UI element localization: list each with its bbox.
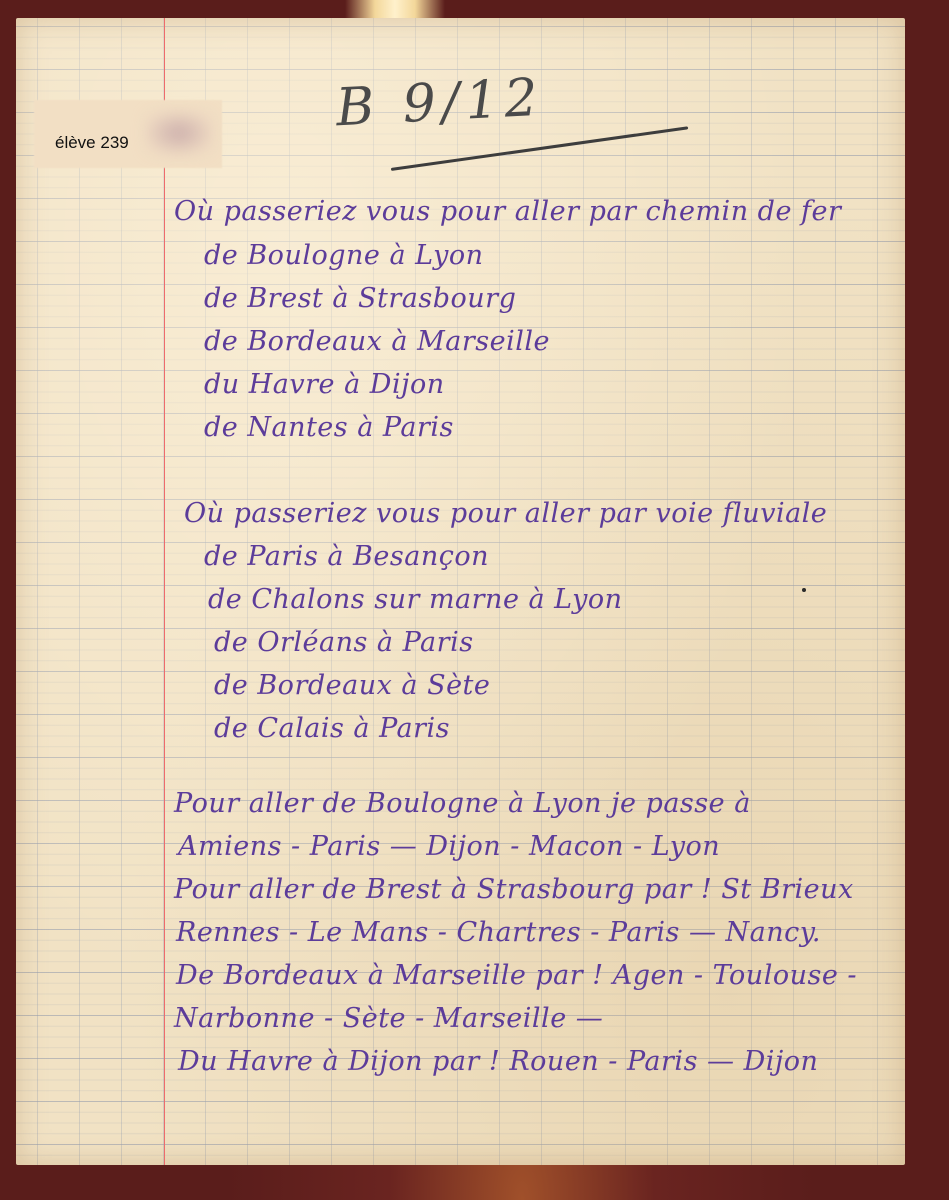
notebook-page: élève 239 B 9/12 Où passeriez vous pour … — [16, 18, 905, 1165]
pencil-grade: B 9/12 — [335, 68, 545, 139]
route-item: de Paris à Besançon — [204, 541, 489, 572]
ink-spot — [802, 588, 806, 592]
student-label: élève 239 — [55, 133, 129, 153]
route-item: de Orléans à Paris — [214, 627, 474, 658]
question-railway: Où passeriez vous pour aller par chemin … — [174, 196, 841, 227]
route-item: de Calais à Paris — [214, 713, 450, 744]
route-item: de Boulogne à Lyon — [204, 240, 484, 271]
route-item: du Havre à Dijon — [204, 369, 445, 400]
route-item: de Bordeaux à Marseille — [204, 326, 550, 357]
answer-line: Amiens - Paris — Dijon - Macon - Lyon — [178, 831, 720, 862]
answer-line: Du Havre à Dijon par ! Rouen - Paris — D… — [178, 1046, 818, 1077]
route-item: de Brest à Strasbourg — [204, 283, 516, 314]
route-item: de Chalons sur marne à Lyon — [208, 584, 623, 615]
question-waterway: Où passeriez vous pour aller par voie fl… — [184, 498, 827, 529]
answer-line: Rennes - Le Mans - Chartres - Paris — Na… — [176, 917, 821, 948]
route-item: de Nantes à Paris — [204, 412, 454, 443]
answer-line: Narbonne - Sète - Marseille — — [174, 1003, 603, 1034]
redacted-name — [144, 110, 214, 156]
light-glare — [345, 0, 445, 18]
answer-line: Pour aller de Brest à Strasbourg par ! S… — [174, 874, 854, 905]
red-margin-line — [164, 18, 165, 1165]
answer-line: Pour aller de Boulogne à Lyon je passe à — [174, 788, 751, 819]
answer-line: De Bordeaux à Marseille par ! Agen - Tou… — [176, 960, 857, 991]
route-item: de Bordeaux à Sète — [214, 670, 490, 701]
